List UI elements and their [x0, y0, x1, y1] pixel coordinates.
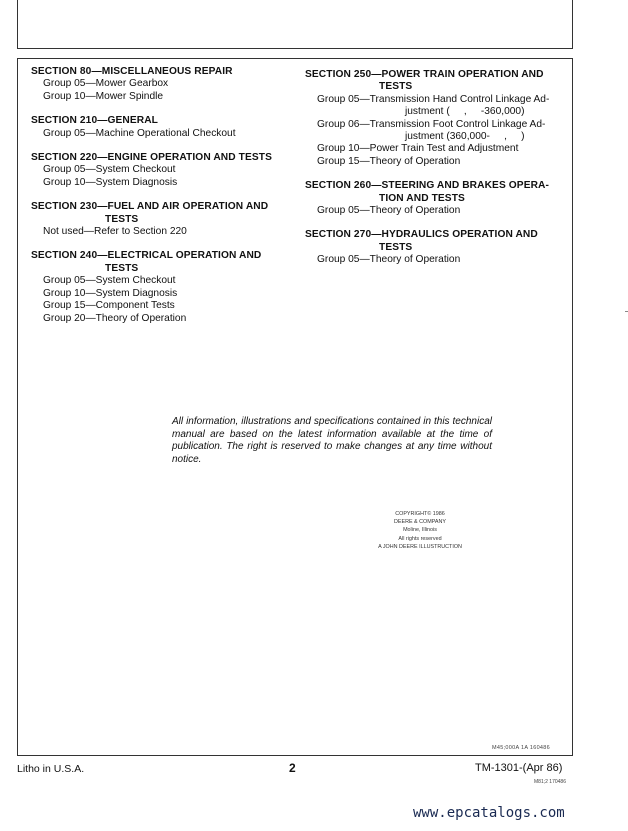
section-heading-line: TESTS	[305, 81, 557, 93]
copyright-company: DEERE & COMPANY	[360, 518, 480, 526]
top-frame	[17, 0, 573, 49]
section-heading-line: TESTS	[305, 242, 557, 254]
group-entry-line: Group 06—Transmission Foot Control Linka…	[317, 119, 545, 130]
group-entry: Group 05—Transmission Hand Control Linka…	[305, 94, 557, 119]
copyright-line: COPYRIGHT© 1986	[360, 510, 480, 518]
group-entry-line: Group 20—Theory of Operation	[43, 313, 186, 324]
group-entry-line: Group 15—Theory of Operation	[317, 156, 460, 167]
section-heading-line: SECTION 260—STEERING AND BRAKES OPERA-	[305, 180, 549, 191]
section-heading: SECTION 270—HYDRAULICS OPERATION ANDTEST…	[305, 229, 557, 254]
section-heading-line: SECTION 210—GENERAL	[31, 115, 158, 126]
group-entry: Group 05—Theory of Operation	[305, 205, 557, 217]
section-heading: SECTION 220—ENGINE OPERATION AND TESTS	[31, 152, 286, 164]
section-heading-line: SECTION 250—POWER TRAIN OPERATION AND	[305, 69, 544, 80]
group-entry-line: Group 05—System Checkout	[43, 275, 176, 286]
group-entry: Group 05—System Checkout	[31, 164, 286, 176]
manual-number: TM-1301-(Apr 86)	[475, 762, 562, 774]
section-heading-line: TESTS	[31, 214, 286, 226]
section-heading: SECTION 260—STEERING AND BRAKES OPERA-TI…	[305, 180, 557, 205]
section-heading-line: TION AND TESTS	[305, 193, 557, 205]
toc-right-column: SECTION 250—POWER TRAIN OPERATION ANDTES…	[305, 69, 557, 279]
watermark-link[interactable]: www.epcatalogs.com	[413, 805, 565, 821]
group-entry-line: Group 05—Theory of Operation	[317, 205, 460, 216]
toc-section: SECTION 80—MISCELLANEOUS REPAIRGroup 05—…	[31, 66, 286, 103]
group-entry-line: Group 05—Transmission Hand Control Linka…	[317, 94, 549, 105]
group-entry: Group 10—Power Train Test and Adjustment	[305, 143, 557, 155]
section-heading-line: TESTS	[31, 263, 286, 275]
section-heading: SECTION 250—POWER TRAIN OPERATION ANDTES…	[305, 69, 557, 94]
toc-section: SECTION 250—POWER TRAIN OPERATION ANDTES…	[305, 69, 557, 168]
section-heading-line: SECTION 80—MISCELLANEOUS REPAIR	[31, 66, 233, 77]
group-entry: Group 10—Mower Spindle	[31, 91, 286, 103]
page-number: 2	[289, 761, 296, 775]
group-entry-line: Group 05—Machine Operational Checkout	[43, 128, 236, 139]
group-entry: Not used—Refer to Section 220	[31, 226, 286, 238]
section-heading: SECTION 240—ELECTRICAL OPERATION ANDTEST…	[31, 250, 286, 275]
section-heading-line: SECTION 270—HYDRAULICS OPERATION AND	[305, 229, 538, 240]
section-heading: SECTION 210—GENERAL	[31, 115, 286, 127]
group-entry-line: justment ( , -360,000)	[317, 106, 557, 118]
group-entry: Group 15—Component Tests	[31, 300, 286, 312]
group-entry: Group 10—System Diagnosis	[31, 288, 286, 300]
group-entry: Group 15—Theory of Operation	[305, 156, 557, 168]
group-entry-line: Group 05—System Checkout	[43, 164, 176, 175]
section-heading-line: SECTION 240—ELECTRICAL OPERATION AND	[31, 250, 261, 261]
copyright-location: Moline, Illinois	[360, 526, 480, 534]
toc-section: SECTION 260—STEERING AND BRAKES OPERA-TI…	[305, 180, 557, 217]
group-entry-line: Group 10—Mower Spindle	[43, 91, 163, 102]
section-heading: SECTION 80—MISCELLANEOUS REPAIR	[31, 66, 286, 78]
group-entry: Group 20—Theory of Operation	[31, 313, 286, 325]
document-code: M45;000A 1A 160486	[492, 745, 550, 751]
group-entry-line: justment (360,000- , )	[317, 131, 557, 143]
group-entry-line: Group 15—Component Tests	[43, 300, 175, 311]
footer-printed-in: Litho in U.S.A.	[17, 763, 84, 775]
toc-section: SECTION 210—GENERALGroup 05—Machine Oper…	[31, 115, 286, 140]
group-entry-line: Group 10—System Diagnosis	[43, 177, 177, 188]
toc-section: SECTION 220—ENGINE OPERATION AND TESTSGr…	[31, 152, 286, 189]
group-entry: Group 06—Transmission Foot Control Linka…	[305, 119, 557, 144]
section-heading: SECTION 230—FUEL AND AIR OPERATION ANDTE…	[31, 201, 286, 226]
group-entry: Group 05—System Checkout	[31, 275, 286, 287]
group-entry-line: Not used—Refer to Section 220	[43, 226, 187, 237]
toc-left-column: SECTION 80—MISCELLANEOUS REPAIRGroup 05—…	[31, 66, 286, 337]
toc-section: SECTION 240—ELECTRICAL OPERATION ANDTEST…	[31, 250, 286, 324]
copyright-block: COPYRIGHT© 1986 DEERE & COMPANY Moline, …	[360, 510, 480, 551]
toc-section: SECTION 270—HYDRAULICS OPERATION ANDTEST…	[305, 229, 557, 266]
group-entry-line: Group 10—System Diagnosis	[43, 288, 177, 299]
copyright-rights: All rights reserved	[360, 535, 480, 543]
copyright-illustration: A JOHN DEERE ILLUSTRUCTION	[360, 543, 480, 551]
disclaimer-notice: All information, illustrations and speci…	[172, 416, 492, 466]
group-entry: Group 05—Machine Operational Checkout	[31, 128, 286, 140]
group-entry-line: Group 05—Theory of Operation	[317, 254, 460, 265]
toc-section: SECTION 230—FUEL AND AIR OPERATION ANDTE…	[31, 201, 286, 238]
group-entry: Group 05—Theory of Operation	[305, 254, 557, 266]
group-entry-line: Group 10—Power Train Test and Adjustment	[317, 143, 518, 154]
group-entry-line: Group 05—Mower Gearbox	[43, 78, 168, 89]
group-entry: Group 05—Mower Gearbox	[31, 78, 286, 90]
footer-code: M81;2 170486	[534, 779, 566, 785]
group-entry: Group 10—System Diagnosis	[31, 177, 286, 189]
section-heading-line: SECTION 230—FUEL AND AIR OPERATION AND	[31, 201, 268, 212]
section-heading-line: SECTION 220—ENGINE OPERATION AND TESTS	[31, 152, 272, 163]
